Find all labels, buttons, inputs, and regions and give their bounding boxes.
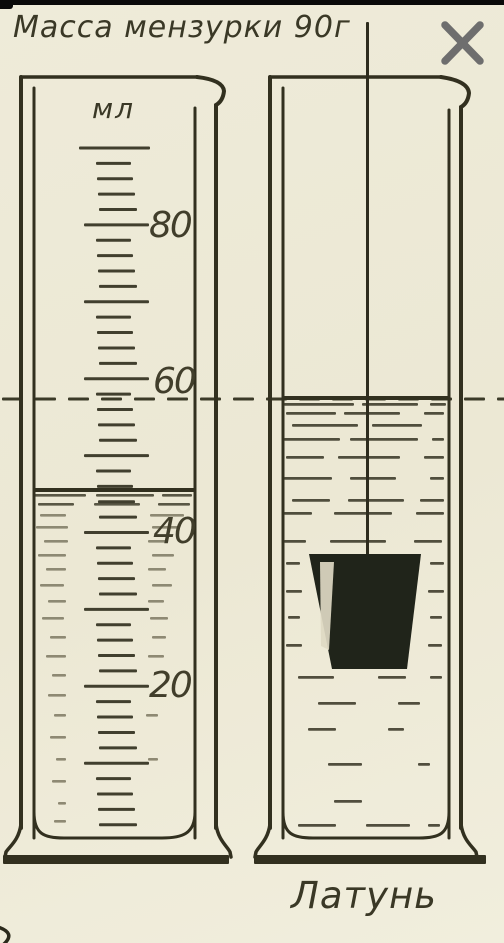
right-cylinder [254,77,486,864]
scale-label-40: 40 [153,512,203,552]
figure-caption-mass: Масса мензурки 90г [13,10,351,45]
ml-unit-label: мл [92,92,135,125]
top-dark-bar [0,0,504,5]
top-dark-bar-corner [0,0,13,9]
close-button[interactable] [436,16,488,68]
string [366,22,369,556]
image-viewer: Масса мензурки 90г мл 80 60 40 20 Латунь [0,0,504,943]
scale-label-20: 20 [149,666,199,706]
scale-ticks [79,147,150,827]
scale-label-80: 80 [149,206,199,246]
brass-object [309,554,421,669]
figure-canvas [0,0,504,943]
scale-label-60: 60 [153,362,203,402]
page-corner-artifact [0,927,9,943]
brass-material-label: Латунь [284,874,444,917]
close-icon [436,16,488,68]
